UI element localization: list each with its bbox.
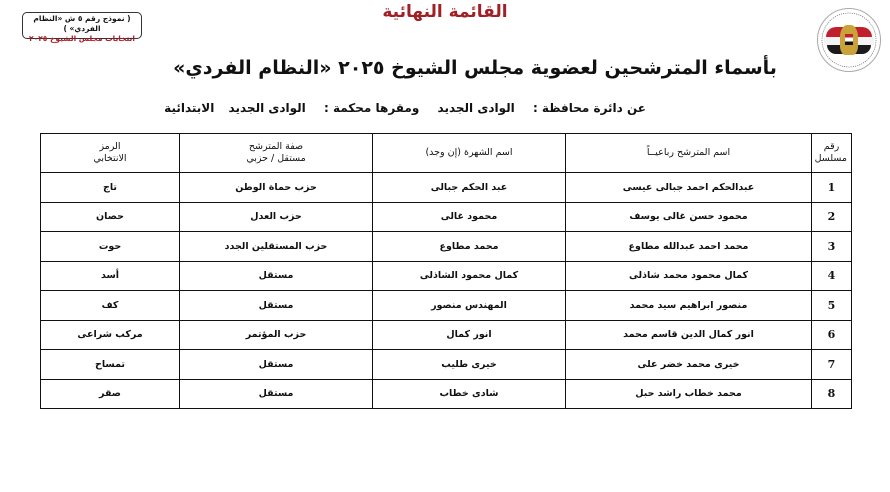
table-row: 1 عبدالحكم احمد جبالى عيسى عبد الحكم جبا… [41,173,852,203]
table-row: 7 خيرى محمد خضر على خيرى طليب مستقل تمسا… [41,350,852,380]
candidate-name-cell: خيرى محمد خضر على [566,350,812,380]
table-row: 5 منصور ابراهيم سيد محمد المهندس منصور م… [41,291,852,321]
symbol-cell: حوت [41,232,180,262]
status-cell: حزب العدل [180,202,373,232]
serial-cell: 6 [812,320,852,350]
header-candidate-status: صفة المترشحمستقل / حزبي [180,134,373,173]
status-cell: مستقل [180,261,373,291]
candidate-name-cell: محمود حسن غالى يوسف [566,202,812,232]
candidate-name-cell: منصور ابراهيم سيد محمد [566,291,812,321]
nickname-cell: كمال محمود الشاذلى [373,261,566,291]
candidate-name-cell: كمال محمود محمد شاذلى [566,261,812,291]
table-row: 2 محمود حسن غالى يوسف محمود غالى حزب الع… [41,202,852,232]
candidate-name-cell: عبدالحكم احمد جبالى عيسى [566,173,812,203]
candidate-name-cell: محمد احمد عبدالله مطاوع [566,232,812,262]
nickname-cell: عبد الحكم جبالى [373,173,566,203]
court-value: الوادى الجديد [229,101,306,115]
candidate-name-cell: محمد خطاب راشد حبل [566,379,812,409]
nickname-cell: محمود غالى [373,202,566,232]
symbol-cell: مركب شراعى [41,320,180,350]
status-cell: مستقل [180,350,373,380]
symbol-cell: كف [41,291,180,321]
election-name-label: انتخابات مجلس الشيوخ ٢٠٢٥ [23,34,141,44]
serial-cell: 1 [812,173,852,203]
table-row: 4 كمال محمود محمد شاذلى كمال محمود الشاذ… [41,261,852,291]
table-row: 6 انور كمال الدين قاسم محمد انور كمال حز… [41,320,852,350]
nickname-cell: شادى خطاب [373,379,566,409]
serial-cell: 2 [812,202,852,232]
table-header-row: رقممسلسل اسم المترشح رباعيــاً اسم الشهر… [41,134,852,173]
document-subtitle: بأسماء المترشحين لعضوية مجلس الشيوخ ٢٠٢٥… [0,57,890,79]
court-label: ومقرها محكمة : [324,101,419,115]
symbol-cell: حصان [41,202,180,232]
nickname-cell: خيرى طليب [373,350,566,380]
table-row: 8 محمد خطاب راشد حبل شادى خطاب مستقل صقر [41,379,852,409]
header-candidate-name: اسم المترشح رباعيــاً [566,134,812,173]
symbol-cell: تاج [41,173,180,203]
status-cell: مستقل [180,379,373,409]
nickname-cell: محمد مطاوع [373,232,566,262]
header-nickname: اسم الشهرة (إن وجد) [373,134,566,173]
serial-cell: 5 [812,291,852,321]
header-election-symbol: الرمزالانتخابي [41,134,180,173]
governorate-value: الوادى الجديد [438,101,515,115]
status-cell: حزب حماة الوطن [180,173,373,203]
header-serial: رقممسلسل [812,134,852,173]
symbol-cell: أسد [41,261,180,291]
status-cell: حزب المؤتمر [180,320,373,350]
status-cell: حزب المستقلين الجدد [180,232,373,262]
serial-cell: 3 [812,232,852,262]
district-info: عن دائرة محافظة : الوادى الجديد ومقرها م… [150,101,646,115]
serial-cell: 7 [812,350,852,380]
nickname-cell: انور كمال [373,320,566,350]
symbol-cell: صقر [41,379,180,409]
page-title: القائمة النهائية [0,2,890,22]
nickname-cell: المهندس منصور [373,291,566,321]
serial-cell: 4 [812,261,852,291]
subtitle-text: بأسماء المترشحين لعضوية مجلس الشيوخ ٢٠٢٥… [173,57,777,79]
candidate-name-cell: انور كمال الدين قاسم محمد [566,320,812,350]
governorate-label: عن دائرة محافظة : [533,101,646,115]
court-type: الابتدائية [164,101,214,115]
serial-cell: 8 [812,379,852,409]
status-cell: مستقل [180,291,373,321]
table-row: 3 محمد احمد عبدالله مطاوع محمد مطاوع حزب… [41,232,852,262]
symbol-cell: تمساح [41,350,180,380]
candidates-table: رقممسلسل اسم المترشح رباعيــاً اسم الشهر… [40,133,852,409]
